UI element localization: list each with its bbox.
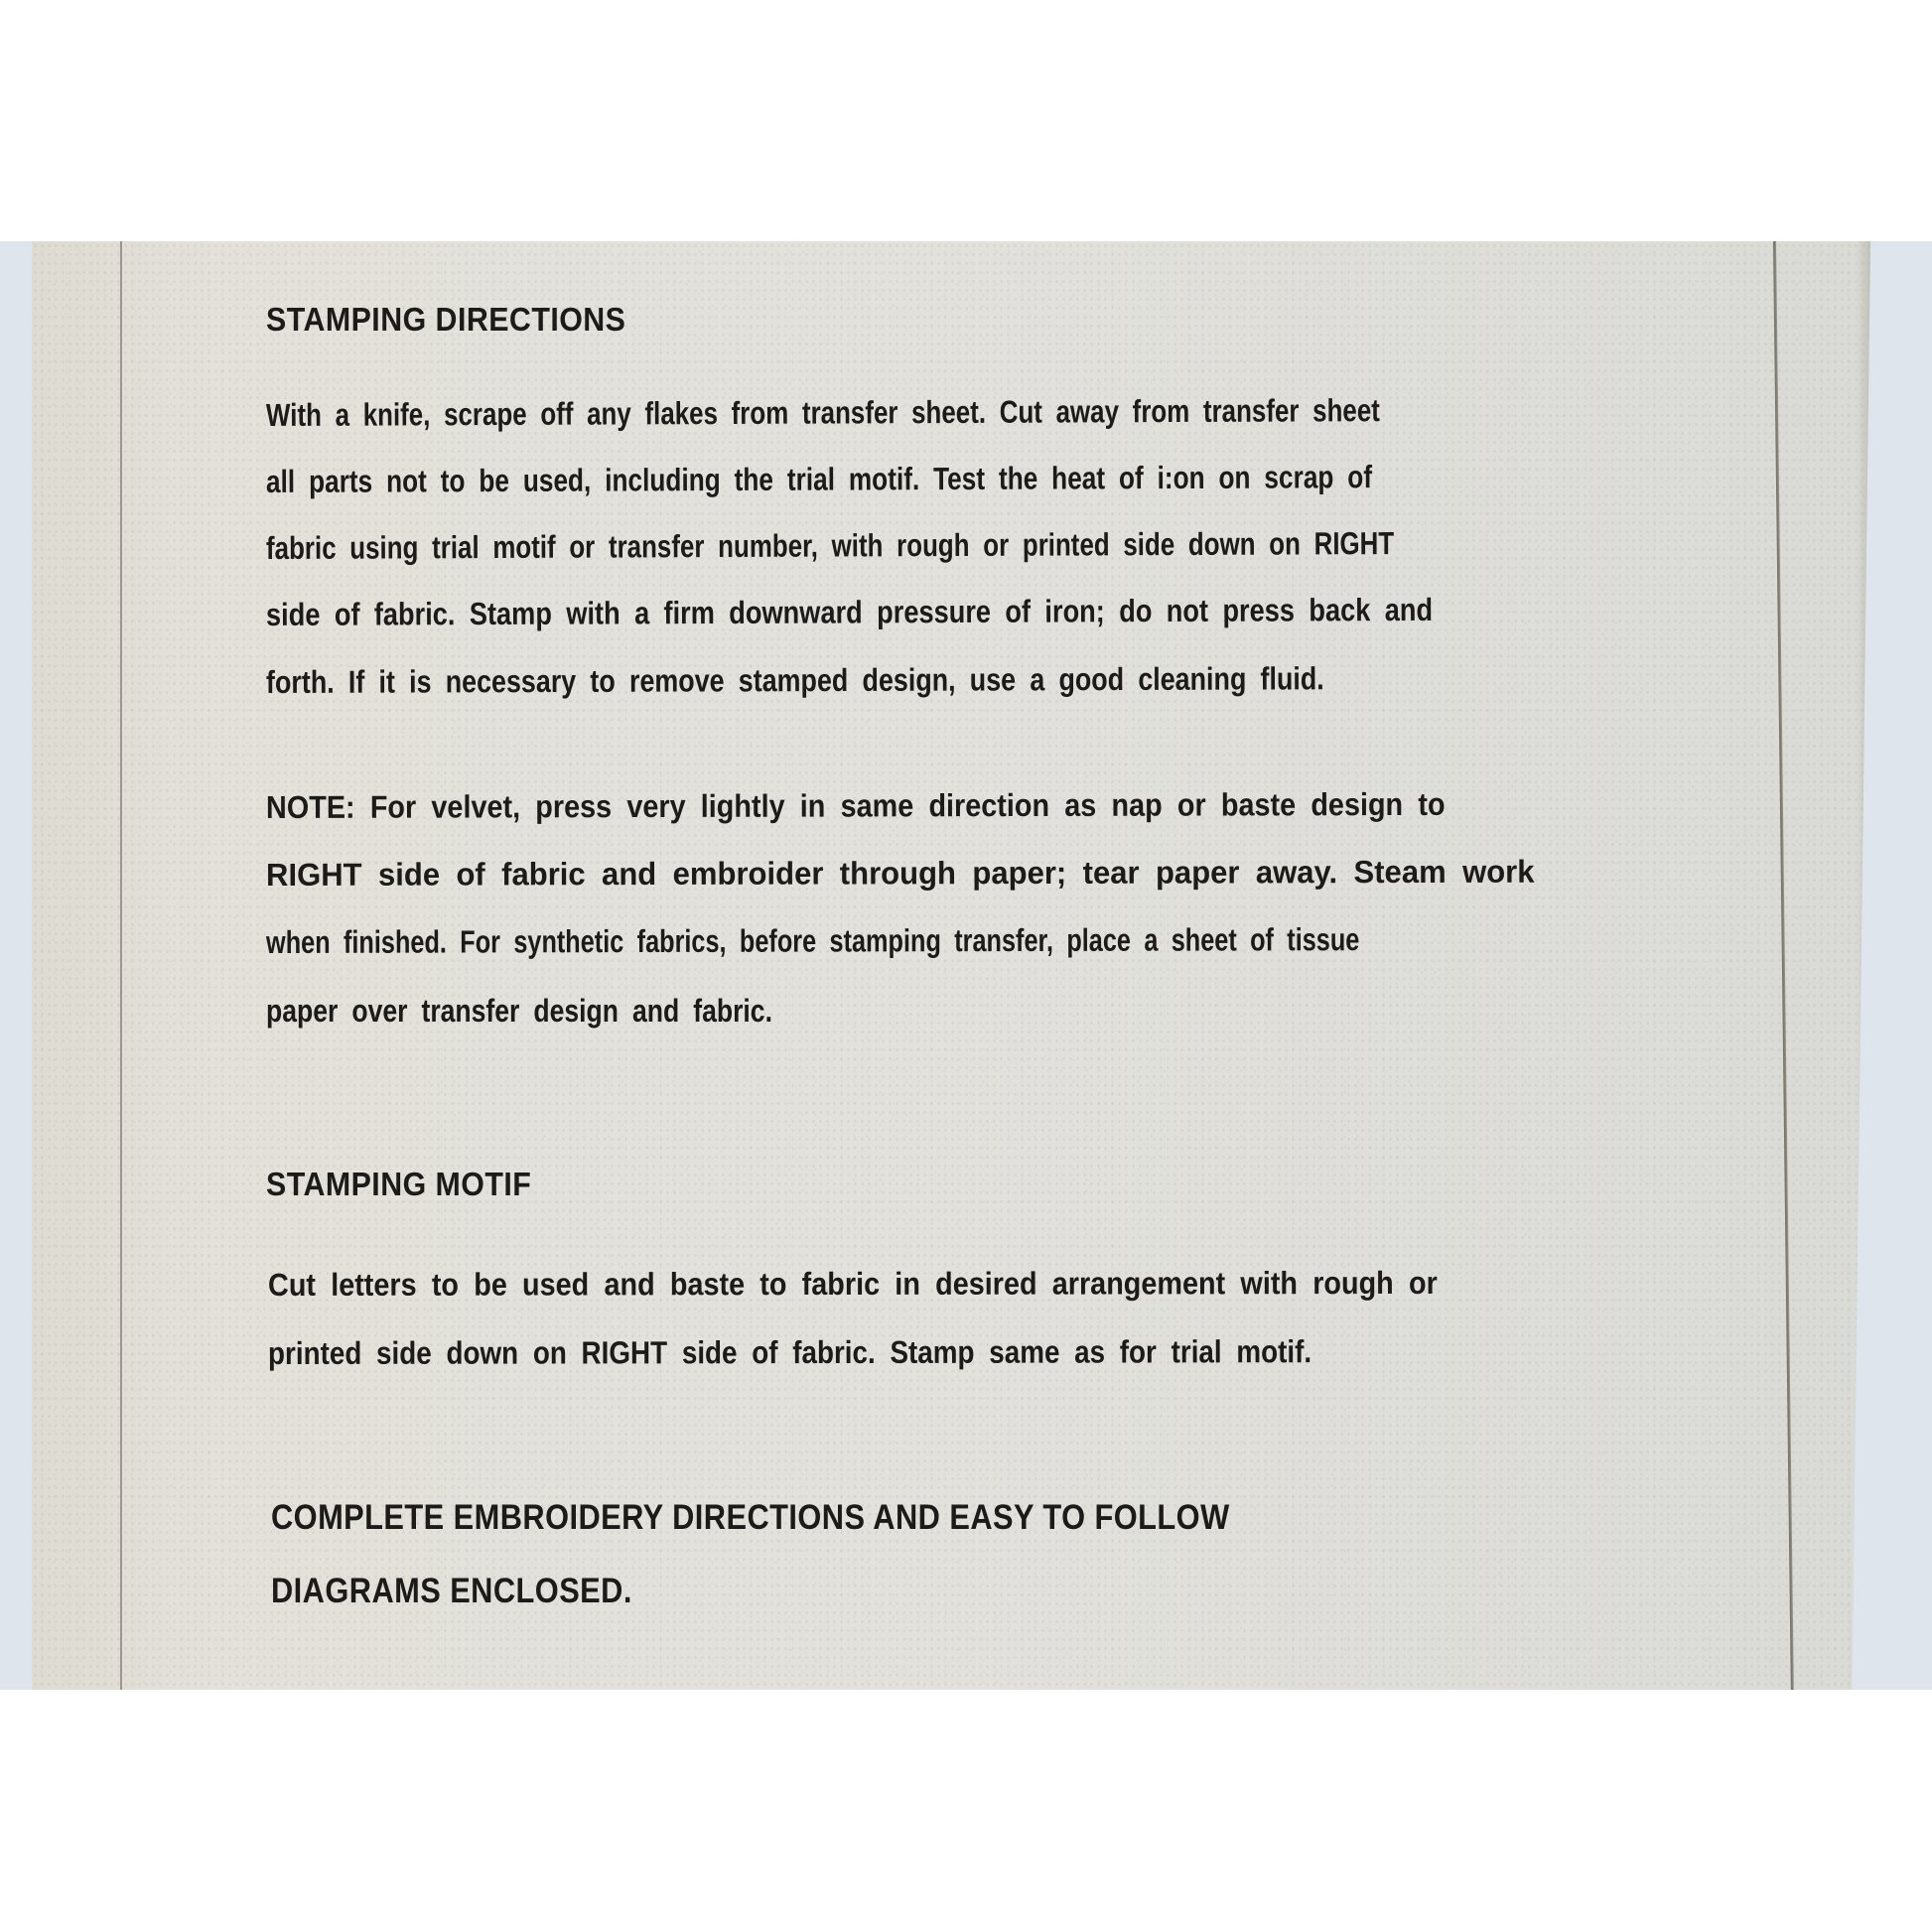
text-line: all parts not to be used, including the …	[266, 459, 1372, 500]
text-line: With a knife, scrape off any flakes from…	[266, 392, 1380, 434]
closing-note-line: COMPLETE EMBROIDERY DIRECTIONS AND EASY …	[271, 1498, 1230, 1538]
paper-texture	[32, 241, 1870, 1690]
photo-of-instruction-sheet: STAMPING DIRECTIONS With a knife, scrape…	[0, 241, 1932, 1690]
note-line: when finished. For synthetic fabrics, be…	[266, 921, 1359, 961]
paper-sheet	[32, 241, 1870, 1690]
heading-stamping-motif: STAMPING MOTIF	[266, 1166, 531, 1203]
text-line: forth. If it is necessary to remove stam…	[266, 660, 1324, 701]
closing-note-line: DIAGRAMS ENCLOSED.	[271, 1572, 632, 1611]
heading-stamping-directions: STAMPING DIRECTIONS	[266, 301, 625, 339]
text-line: side of fabric. Stamp with a firm downwa…	[266, 592, 1433, 633]
note-line: NOTE: For velvet, press very lightly in …	[266, 786, 1446, 826]
edge-shadow	[1857, 241, 1870, 1690]
text-line: printed side down on RIGHT side of fabri…	[268, 1333, 1311, 1372]
text-line: Cut letters to be used and baste to fabr…	[268, 1265, 1438, 1304]
note-line: paper over transfer design and fabric.	[266, 993, 772, 1030]
left-fold-line	[120, 241, 122, 1690]
note-line: RIGHT side of fabric and embroider throu…	[266, 854, 1535, 894]
text-line: fabric using trial motif or transfer num…	[266, 525, 1394, 567]
